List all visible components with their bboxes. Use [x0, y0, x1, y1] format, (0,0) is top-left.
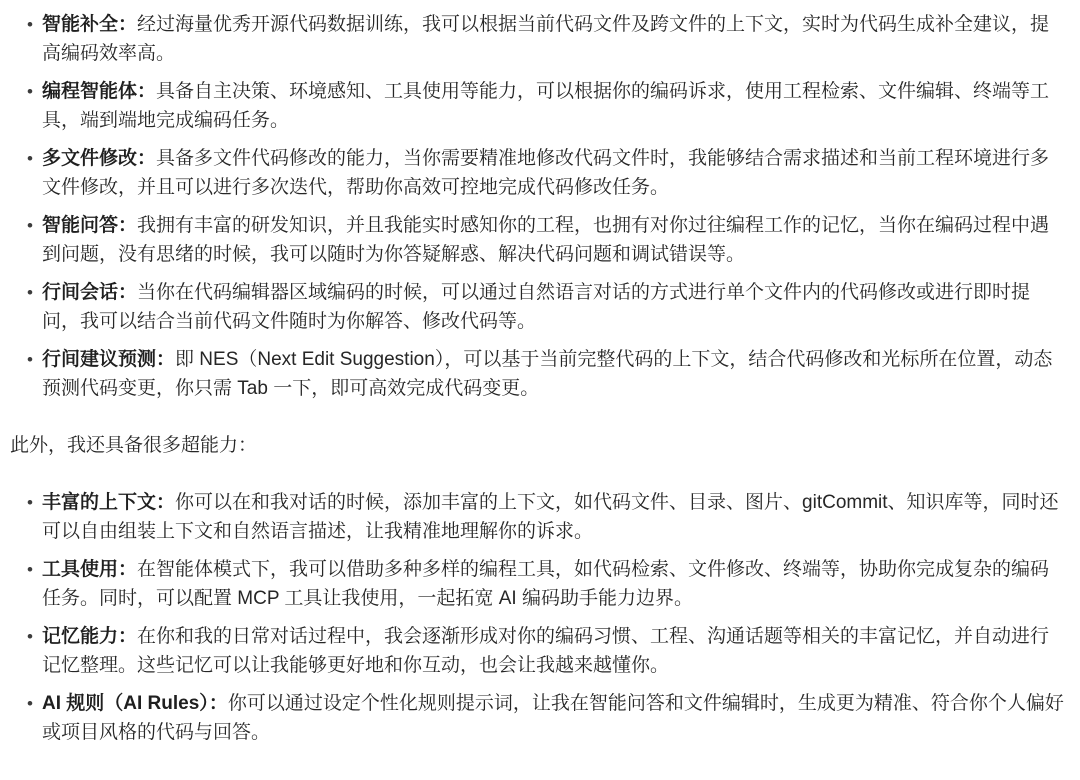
bullet-icon: • [27, 211, 33, 240]
bullet-icon: • [27, 555, 33, 584]
feature-list: •智能补全：经过海量优秀开源代码数据训练，我可以根据当前代码文件及跨文件的上下文… [10, 10, 1068, 403]
list-item-tool-use: •工具使用：在智能体模式下，我可以借助多种多样的编程工具，如代码检索、文件修改、… [42, 555, 1068, 613]
feature-description: 具备多文件代码修改的能力，当你需要精准地修改代码文件时，我能够结合需求描述和当前… [42, 148, 1049, 198]
label-separator: ： [118, 282, 137, 303]
label-separator: ： [137, 148, 156, 169]
feature-description: 在你和我的日常对话过程中，我会逐渐形成对你的编码习惯、工程、沟通话题等相关的丰富… [42, 626, 1049, 676]
bullet-icon: • [27, 144, 33, 173]
label-separator: ： [118, 14, 137, 35]
feature-description: 即 NES（Next Edit Suggestion），可以基于当前完整代码的上… [42, 349, 1052, 399]
list-item-multi-file-edit: •多文件修改：具备多文件代码修改的能力，当你需要精准地修改代码文件时，我能够结合… [42, 144, 1068, 202]
bullet-icon: • [27, 278, 33, 307]
feature-label: 编程智能体： [42, 81, 156, 102]
feature-label: 智能问答： [42, 215, 137, 236]
label-separator: ： [156, 492, 175, 513]
bullet-icon: • [27, 10, 33, 39]
intro-paragraph: 此外，我还具备很多超能力： [10, 431, 1068, 460]
label-separator: ： [118, 215, 137, 236]
feature-description: 当你在代码编辑器区域编码的时候，可以通过自然语言对话的方式进行单个文件内的代码修… [42, 282, 1030, 332]
feature-label: 行间会话： [42, 282, 137, 303]
list-item-next-edit-suggestion: •行间建议预测：即 NES（Next Edit Suggestion），可以基于… [42, 345, 1068, 403]
list-item-ai-rules: •AI 规则（AI Rules）：你可以通过设定个性化规则提示词，让我在智能问答… [42, 689, 1068, 747]
feature-label: 智能补全： [42, 14, 137, 35]
feature-description: 我拥有丰富的研发知识，并且我能实时感知你的工程，也拥有对你过往编程工作的记忆，当… [42, 215, 1049, 265]
bullet-icon: • [27, 689, 33, 718]
list-item-rich-context: •丰富的上下文：你可以在和我对话的时候，添加丰富的上下文，如代码文件、目录、图片… [42, 488, 1068, 546]
list-item-inline-chat: •行间会话：当你在代码编辑器区域编码的时候，可以通过自然语言对话的方式进行单个文… [42, 278, 1068, 336]
label-separator: ： [118, 626, 137, 647]
label-separator: ： [137, 81, 156, 102]
feature-label: 行间建议预测： [42, 349, 175, 370]
feature-description: 你可以在和我对话的时候，添加丰富的上下文，如代码文件、目录、图片、gitComm… [42, 492, 1059, 542]
bullet-icon: • [27, 622, 33, 651]
feature-label: AI 规则（AI Rules）： [42, 693, 228, 714]
bullet-icon: • [27, 77, 33, 106]
feature-label: 丰富的上下文： [42, 492, 175, 513]
feature-label: 多文件修改： [42, 148, 156, 169]
label-separator: ： [209, 693, 228, 714]
label-separator: ： [156, 349, 175, 370]
feature-label: 记忆能力： [42, 626, 137, 647]
list-item-smart-qa: •智能问答：我拥有丰富的研发知识，并且我能实时感知你的工程，也拥有对你过往编程工… [42, 211, 1068, 269]
feature-label: 工具使用： [42, 559, 137, 580]
label-separator: ： [118, 559, 137, 580]
feature-description: 经过海量优秀开源代码数据训练，我可以根据当前代码文件及跨文件的上下文，实时为代码… [42, 14, 1049, 64]
superpower-list: •丰富的上下文：你可以在和我对话的时候，添加丰富的上下文，如代码文件、目录、图片… [10, 488, 1068, 747]
bullet-icon: • [27, 345, 33, 374]
feature-description: 在智能体模式下，我可以借助多种多样的编程工具，如代码检索、文件修改、终端等，协助… [42, 559, 1049, 609]
list-item-smart-completion: •智能补全：经过海量优秀开源代码数据训练，我可以根据当前代码文件及跨文件的上下文… [42, 10, 1068, 68]
bullet-icon: • [27, 488, 33, 517]
list-item-memory: •记忆能力：在你和我的日常对话过程中，我会逐渐形成对你的编码习惯、工程、沟通话题… [42, 622, 1068, 680]
list-item-coding-agent: •编程智能体：具备自主决策、环境感知、工具使用等能力，可以根据你的编码诉求，使用… [42, 77, 1068, 135]
feature-description: 具备自主决策、环境感知、工具使用等能力，可以根据你的编码诉求，使用工程检索、文件… [42, 81, 1049, 131]
